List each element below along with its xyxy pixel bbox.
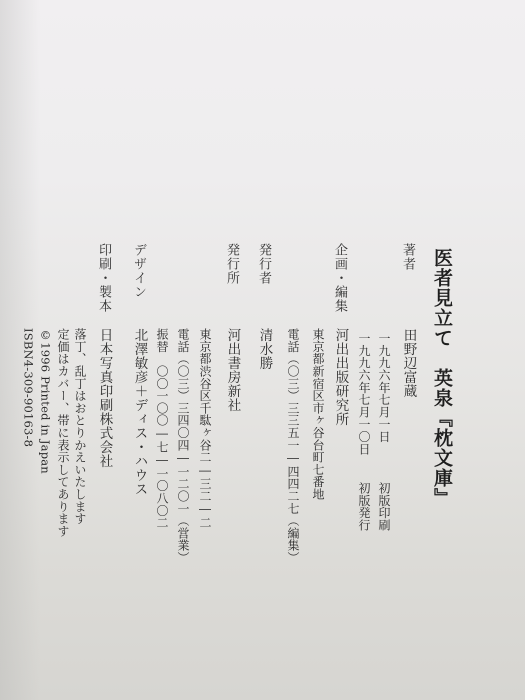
publication-edition: 初版発行 xyxy=(358,482,370,531)
publication-date: 一九九六年七月一〇日 xyxy=(358,332,370,455)
design-label: デザイン xyxy=(132,243,145,299)
copyright-line: ©1996 Printed in Japan xyxy=(39,328,51,474)
price-note: 定価はカバー、帯に表示してあります xyxy=(57,328,69,537)
publisher-person-label: 発行者 xyxy=(257,243,270,285)
planning-name: 河出出版研究所 xyxy=(333,328,347,426)
planning-label: 企画・編集 xyxy=(333,243,346,313)
replacement-note: 落丁、乱丁はおとりかえいたします xyxy=(74,328,86,525)
author-label: 著者 xyxy=(401,243,414,271)
printing-label: 印刷・製本 xyxy=(97,243,110,313)
planning-address: 東京都新宿区市ヶ谷台町七番地 xyxy=(312,328,324,500)
publisher-company-phone: 電話（〇三）三四〇四―一二〇一（営業） xyxy=(177,328,189,564)
publisher-company-label: 発行所 xyxy=(225,243,238,285)
printing-date: 一九九六年七月一日 xyxy=(378,332,390,443)
planning-phone: 電話（〇三）三三五一―四四二七（編集） xyxy=(287,328,299,564)
design-name: 北澤敏彦＋ディス・ハウス xyxy=(132,328,146,496)
publisher-company-name: 河出書房新社 xyxy=(225,328,239,412)
publisher-person-name: 清水勝 xyxy=(257,328,271,370)
isbn-line: ISBN4-309-90163-8 xyxy=(22,328,34,447)
author-name: 田野辺富蔵 xyxy=(401,328,415,398)
printing-company: 日本写真印刷株式会社 xyxy=(97,328,111,468)
printing-edition: 初版印刷 xyxy=(378,482,390,531)
book-title: 医者見立て 英泉『枕文庫』 xyxy=(432,248,451,508)
publisher-company-address: 東京都渋谷区千駄ヶ谷二―三二―二 xyxy=(199,328,211,529)
publisher-company-transfer: 振替 〇〇一〇〇―七―一〇八〇二 xyxy=(156,328,168,529)
